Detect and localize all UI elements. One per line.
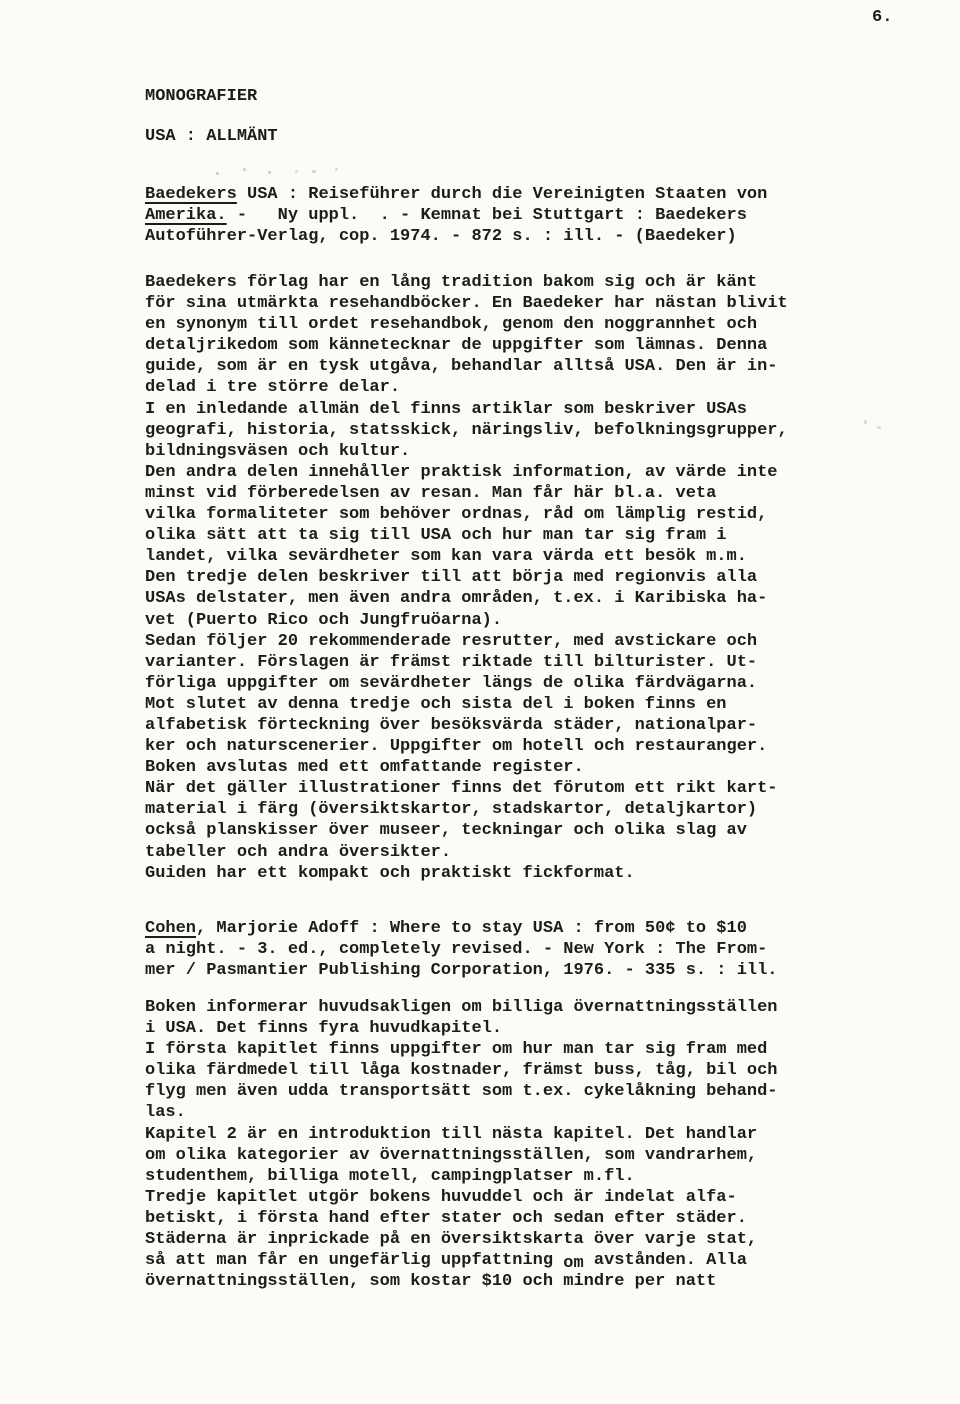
page-number: 6.	[872, 7, 892, 28]
text-line: Baedekers USA : Reiseführer durch die Ve…	[145, 184, 767, 205]
scan-artifact	[864, 420, 867, 424]
text-line: minst vid förberedelsen av resan. Man få…	[145, 483, 788, 504]
text-line: I första kapitlet finns uppgifter om hur…	[145, 1039, 778, 1060]
text-line: material i färg (översiktskartor, stadsk…	[145, 799, 788, 820]
document-page: 6. MONOGRAFIER USA : ALLMÄNT Baedekers U…	[0, 0, 960, 1404]
text-line: detaljrikedom som kännetecknar de uppgif…	[145, 335, 788, 356]
text-line: flyg men även udda transportsätt som t.e…	[145, 1081, 778, 1102]
text-line: vilka formaliteter som behöver ordnas, r…	[145, 504, 788, 525]
text-line: så att man får en ungefärlig uppfattning…	[145, 1250, 778, 1271]
text-line: delad i tre större delar.	[145, 377, 788, 398]
text-line: Cohen, Marjorie Adoff : Where to stay US…	[145, 918, 778, 939]
subsection-heading: USA : ALLMÄNT	[145, 126, 278, 147]
text-line: i USA. Det finns fyra huvudkapitel.	[145, 1018, 778, 1039]
text-line: vet (Puerto Rico och Jungfruöarna).	[145, 610, 788, 631]
scan-artifact	[216, 172, 219, 175]
text-line: tabeller och andra översikter.	[145, 842, 788, 863]
scan-artifact	[877, 426, 881, 429]
text-line: för sina utmärkta resehandböcker. En Bae…	[145, 293, 788, 314]
text-line: också planskisser över museer, teckninga…	[145, 820, 788, 841]
text-line: Autoführer-Verlag, cop. 1974. - 872 s. :…	[145, 226, 767, 247]
text-line: en synonym till ordet resehandbok, genom…	[145, 314, 788, 335]
text-line: I en inledande allmän del finns artiklar…	[145, 399, 788, 420]
text-line: Guiden har ett kompakt och praktiskt fic…	[145, 863, 788, 884]
annotation-baedekers: Baedekers förlag har en lång tradition b…	[145, 272, 788, 884]
text-line: Städerna är inprickade på en översiktska…	[145, 1229, 778, 1250]
text-line: Mot slutet av denna tredje och sista del…	[145, 694, 788, 715]
text-line: Sedan följer 20 rekommenderade resrutter…	[145, 631, 788, 652]
text-line: olika sätt att ta sig till USA och hur m…	[145, 525, 788, 546]
text-line: bildningsväsen och kultur.	[145, 441, 788, 462]
scan-artifact	[243, 168, 246, 171]
citation-cohen: Cohen, Marjorie Adoff : Where to stay US…	[145, 918, 778, 981]
text-line: När det gäller illustrationer finns det …	[145, 778, 788, 799]
text-line: om olika kategorier av övernattningsstäl…	[145, 1145, 778, 1166]
scan-artifact	[295, 170, 298, 173]
text-line: Tredje kapitlet utgör bokens huvuddel oc…	[145, 1187, 778, 1208]
text-line: USAs delstater, men även andra områden, …	[145, 588, 788, 609]
text-line: Boken informerar huvudsakligen om billig…	[145, 997, 778, 1018]
text-line: alfabetisk förteckning över besöksvärda …	[145, 715, 788, 736]
scan-artifact	[312, 170, 316, 173]
text-line: olika färdmedel till låga kostnader, frä…	[145, 1060, 778, 1081]
text-line: guide, som är en tysk utgåva, behandlar …	[145, 356, 788, 377]
text-line: Kapitel 2 är en introduktion till nästa …	[145, 1124, 778, 1145]
annotation-cohen: Boken informerar huvudsakligen om billig…	[145, 997, 778, 1292]
text-line: studenthem, billiga motell, campingplats…	[145, 1166, 778, 1187]
text-line: Boken avslutas med ett omfattande regist…	[145, 757, 788, 778]
text-line: betiskt, i första hand efter stater och …	[145, 1208, 778, 1229]
text-line: las.	[145, 1102, 778, 1123]
text-line: Baedekers förlag har en lång tradition b…	[145, 272, 788, 293]
citation-baedekers: Baedekers USA : Reiseführer durch die Ve…	[145, 184, 767, 247]
text-line: Den andra delen innehåller praktisk info…	[145, 462, 788, 483]
text-line: a night. - 3. ed., completely revised. -…	[145, 939, 778, 960]
text-line: Den tredje delen beskriver till att börj…	[145, 567, 788, 588]
text-line: varianter. Förslagen är främst riktade t…	[145, 652, 788, 673]
text-line: geografi, historia, statsskick, näringsl…	[145, 420, 788, 441]
text-line: landet, vilka sevärdheter som kan vara v…	[145, 546, 788, 567]
section-heading: MONOGRAFIER	[145, 86, 257, 107]
text-line: förliga uppgifter om sevärdheter längs d…	[145, 673, 788, 694]
scan-artifact	[268, 171, 271, 174]
text-line: övernattningsställen, som kostar $10 och…	[145, 1271, 778, 1292]
text-line: Amerika. - Ny uppl. . - Kemnat bei Stutt…	[145, 205, 767, 226]
text-line: ker och naturscenerier. Uppgifter om hot…	[145, 736, 788, 757]
text-line: mer / Pasmantier Publishing Corporation,…	[145, 960, 778, 981]
scan-artifact	[335, 168, 338, 171]
